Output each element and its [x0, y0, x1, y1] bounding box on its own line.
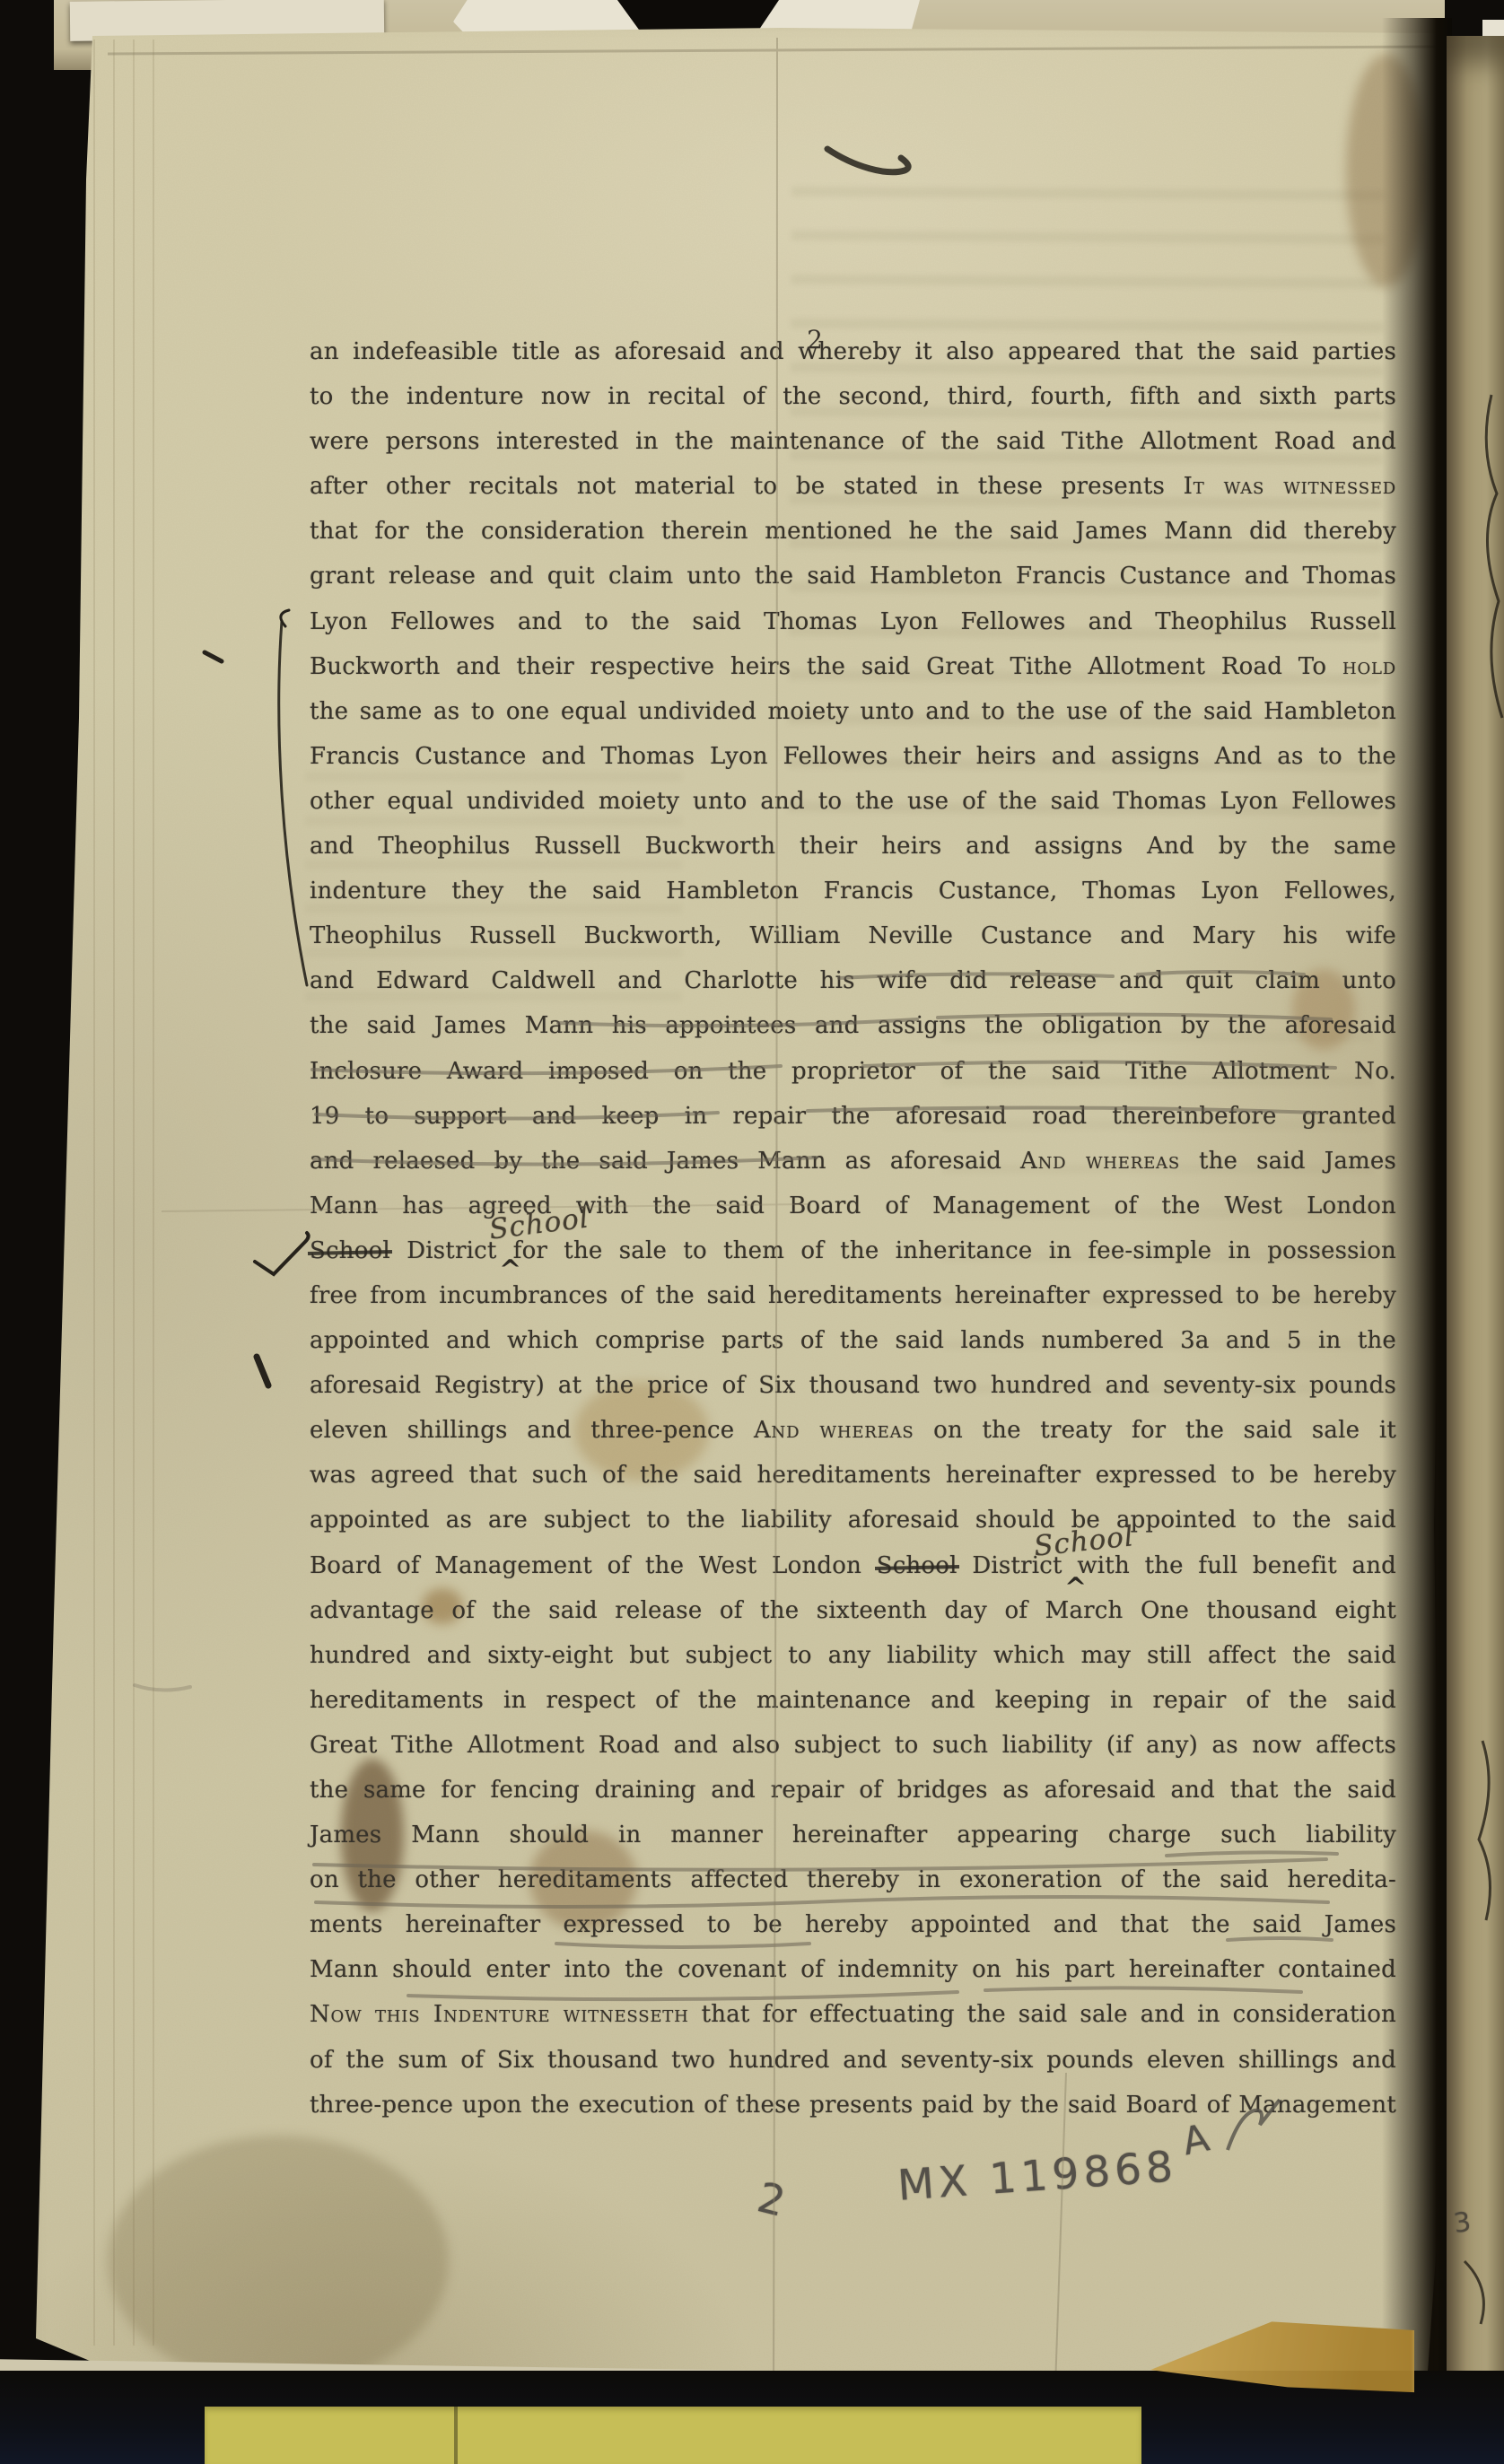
sticky-note [205, 2407, 1141, 2464]
paper-grain-texture [0, 0, 1504, 2464]
sticky-note-seam [454, 2407, 458, 2464]
adjacent-page-ink-flourish [1447, 36, 1504, 2441]
book-gutter-shadow [1382, 18, 1452, 2441]
adjacent-page-edge: 3 [1447, 36, 1504, 2441]
document-photograph: 2 an indefeasible title as aforesaid and… [0, 0, 1504, 2464]
document-page: 2 an indefeasible title as aforesaid and… [0, 0, 1504, 2464]
